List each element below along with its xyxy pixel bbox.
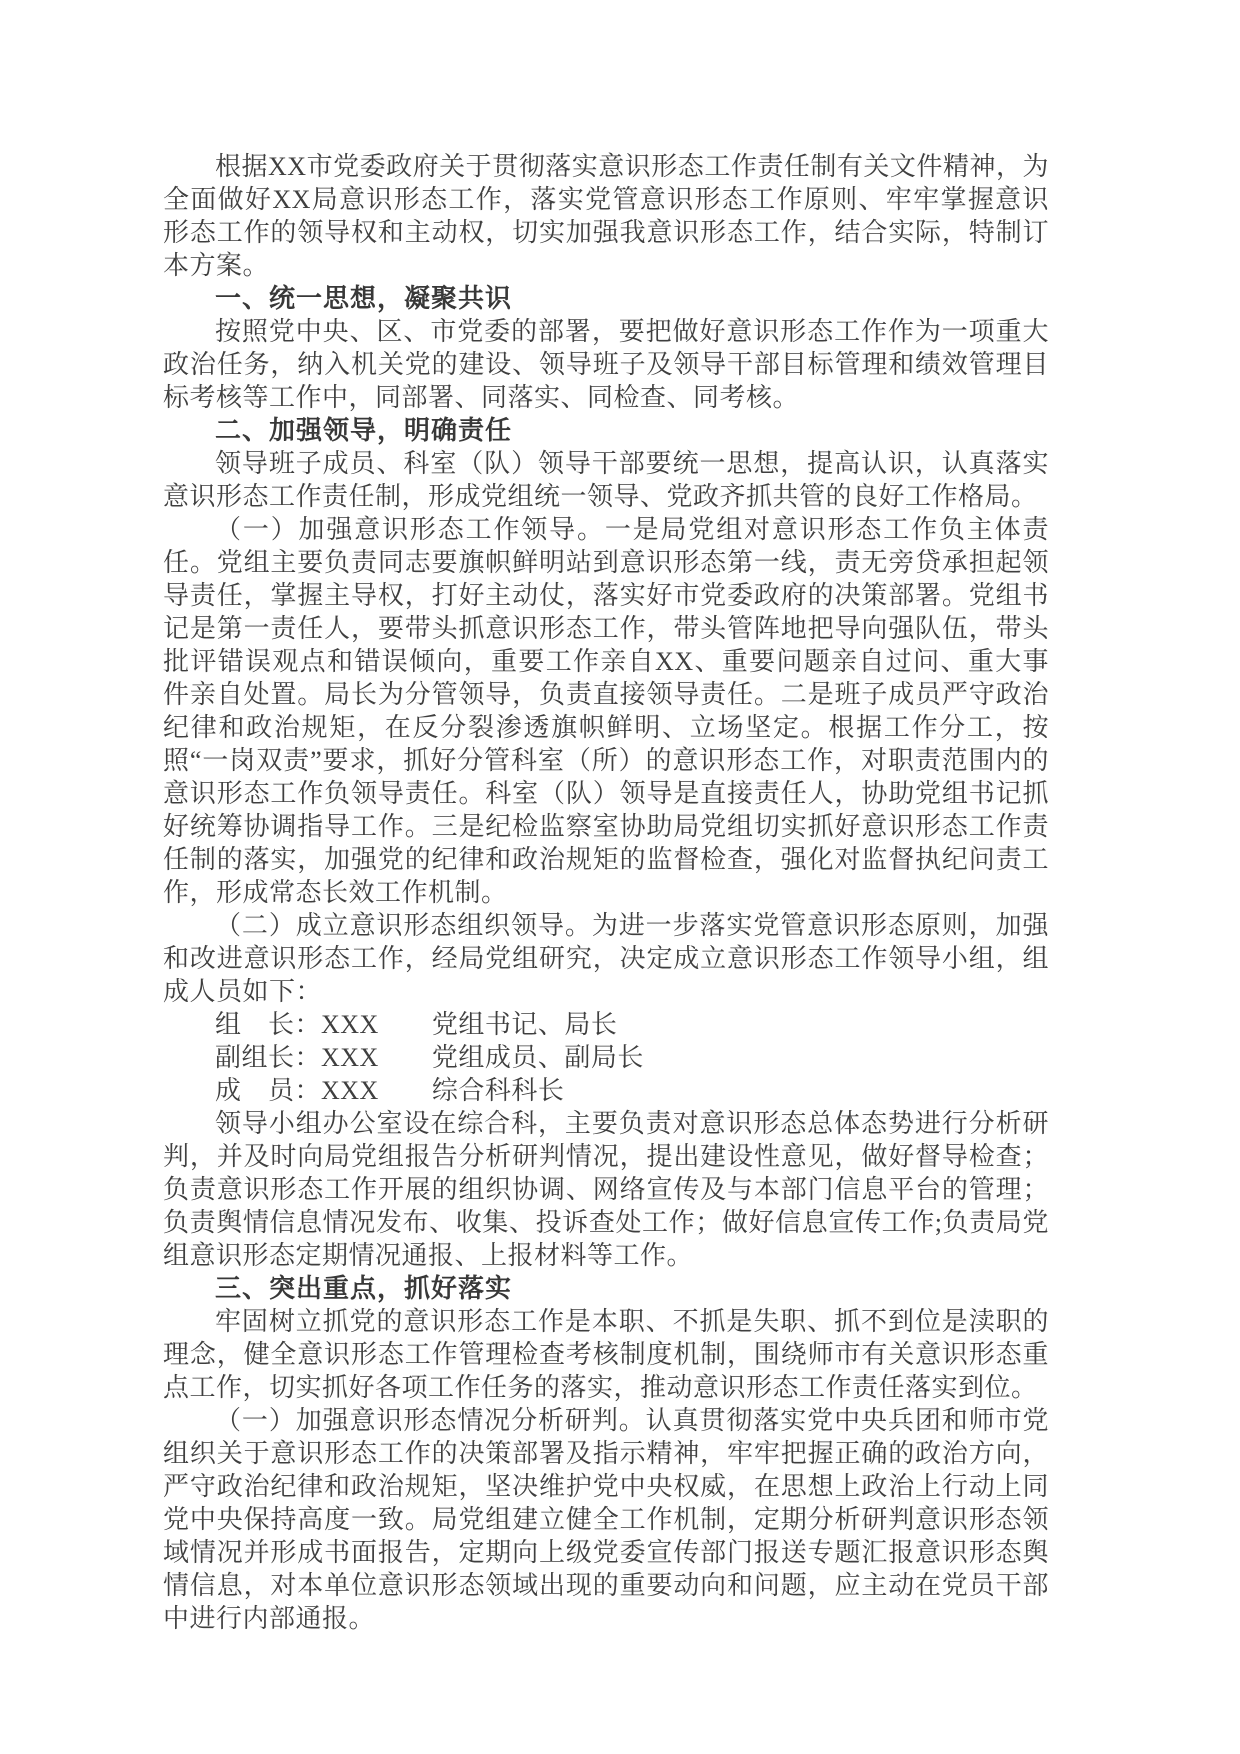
section-3-item-1-paragraph: （一）加强意识形态情况分析研判。认真贯彻落实党中央兵团和师市党组织关于意识形态工…: [163, 1404, 1049, 1635]
intro-paragraph: 根据XX市党委政府关于贯彻落实意识形态工作责任制有关文件精神，为全面做好XX局意…: [163, 150, 1049, 282]
roster-line-deputy-leader: 副组长：XXX 党组成员、副局长: [163, 1041, 1049, 1074]
section-2-item-1-paragraph: （一）加强意识形态工作领导。一是局党组对意识形态工作负主体责任。党组主要负责同志…: [163, 513, 1049, 909]
document-body: 根据XX市党委政府关于贯彻落实意识形态工作责任制有关文件精神，为全面做好XX局意…: [163, 150, 1049, 1635]
section-3-paragraph: 牢固树立抓党的意识形态工作是本职、不抓是失职、抓不到位是渎职的理念，健全意识形态…: [163, 1305, 1049, 1404]
section-2-item-2-paragraph: （二）成立意识形态组织领导。为进一步落实党管意识形态原则，加强和改进意识形态工作…: [163, 909, 1049, 1008]
section-3-heading: 三、突出重点，抓好落实: [163, 1272, 1049, 1305]
roster-line-leader: 组 长：XXX 党组书记、局长: [163, 1008, 1049, 1041]
section-1-paragraph: 按照党中央、区、市党委的部署，要把做好意识形态工作作为一项重大政治任务，纳入机关…: [163, 315, 1049, 414]
leading-group-office-paragraph: 领导小组办公室设在综合科，主要负责对意识形态总体态势进行分析研判，并及时向局党组…: [163, 1107, 1049, 1272]
section-2-paragraph: 领导班子成员、科室（队）领导干部要统一思想，提高认识，认真落实意识形态工作责任制…: [163, 447, 1049, 513]
section-1-heading: 一、统一思想，凝聚共识: [163, 282, 1049, 315]
section-2-heading: 二、加强领导，明确责任: [163, 414, 1049, 447]
document-page: 根据XX市党委政府关于贯彻落实意识形态工作责任制有关文件精神，为全面做好XX局意…: [0, 0, 1240, 1754]
roster-line-member: 成 员：XXX 综合科科长: [163, 1074, 1049, 1107]
